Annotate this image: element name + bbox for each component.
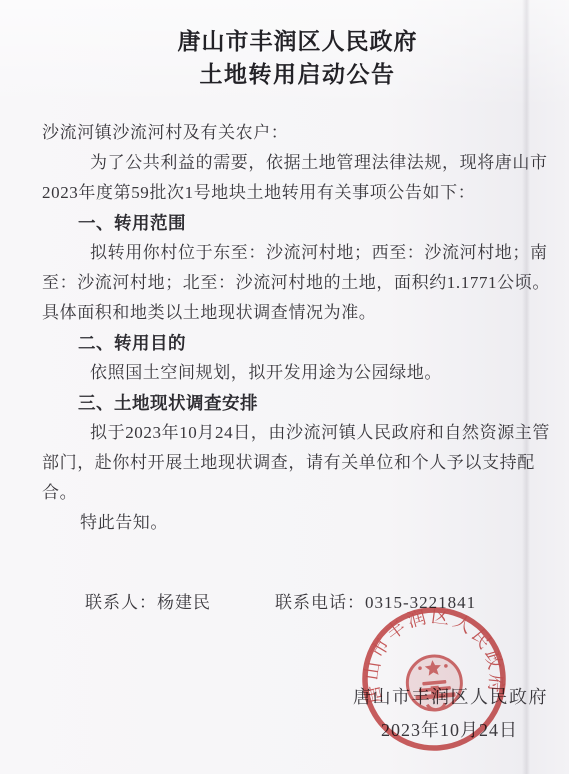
section-1-heading: 一、转用范围 [42,208,547,238]
signature-date: 2023年10月24日 [381,716,518,742]
section-1-line-1: 拟转用你村位于东至：沙流河村地；西至：沙流河村地；南 [42,238,547,268]
document-body: 沙流河镇沙流河村及有关农户： 为了公共利益的需要，依据土地管理法律法规，现将唐山… [0,118,569,538]
section-3-heading: 三、土地现状调查安排 [42,388,547,418]
section-3-line-2: 部门，赴你村开展土地现状调查，请有关单位和个人予以支持配 [42,448,547,478]
document-title: 唐山市丰润区人民政府 土地转用启动公告 [13,26,569,92]
section-3-line-3: 合。 [42,478,547,508]
contact-phone-label: 联系电话： [275,593,365,612]
closing-note: 特此告知。 [42,508,547,538]
section-2-line-1: 依照国土空间规划，拟开发用途为公园绿地。 [42,358,547,388]
section-3-line-1: 拟于2023年10月24日，由沙流河镇人民政府和自然资源主管 [42,418,547,448]
contact-phone-number: 0315-3221841 [365,593,476,612]
section-2-heading: 二、转用目的 [42,328,547,358]
intro-line-1: 为了公共利益的需要，依据土地管理法律法规，现将唐山市 [42,148,547,178]
section-1-line-3: 具体面积和地类以土地现状调查情况为准。 [42,298,547,328]
salutation: 沙流河镇沙流河村及有关农户： [42,118,547,148]
contact-person-name: 杨建民 [157,593,211,612]
contact-person-label: 联系人： [85,593,157,612]
contact-phone: 联系电话：0315-3221841 [275,588,476,613]
contact-person: 联系人：杨建民 [85,588,211,613]
title-line-2: 土地转用启动公告 [13,58,569,92]
section-1-line-2: 至：沙流河村地；北至：沙流河村地的土地，面积约1.1771公顷。 [42,268,547,298]
document-page: 唐山市丰润区人民政府 土地转用启动公告 沙流河镇沙流河村及有关农户： 为了公共利… [0,0,569,774]
title-line-1: 唐山市丰润区人民政府 [13,26,569,58]
intro-line-2: 2023年度第59批次1号地块土地转用有关事项公告如下： [42,178,547,208]
signature-issuer: 唐山市丰润区人民政府 [353,683,548,709]
